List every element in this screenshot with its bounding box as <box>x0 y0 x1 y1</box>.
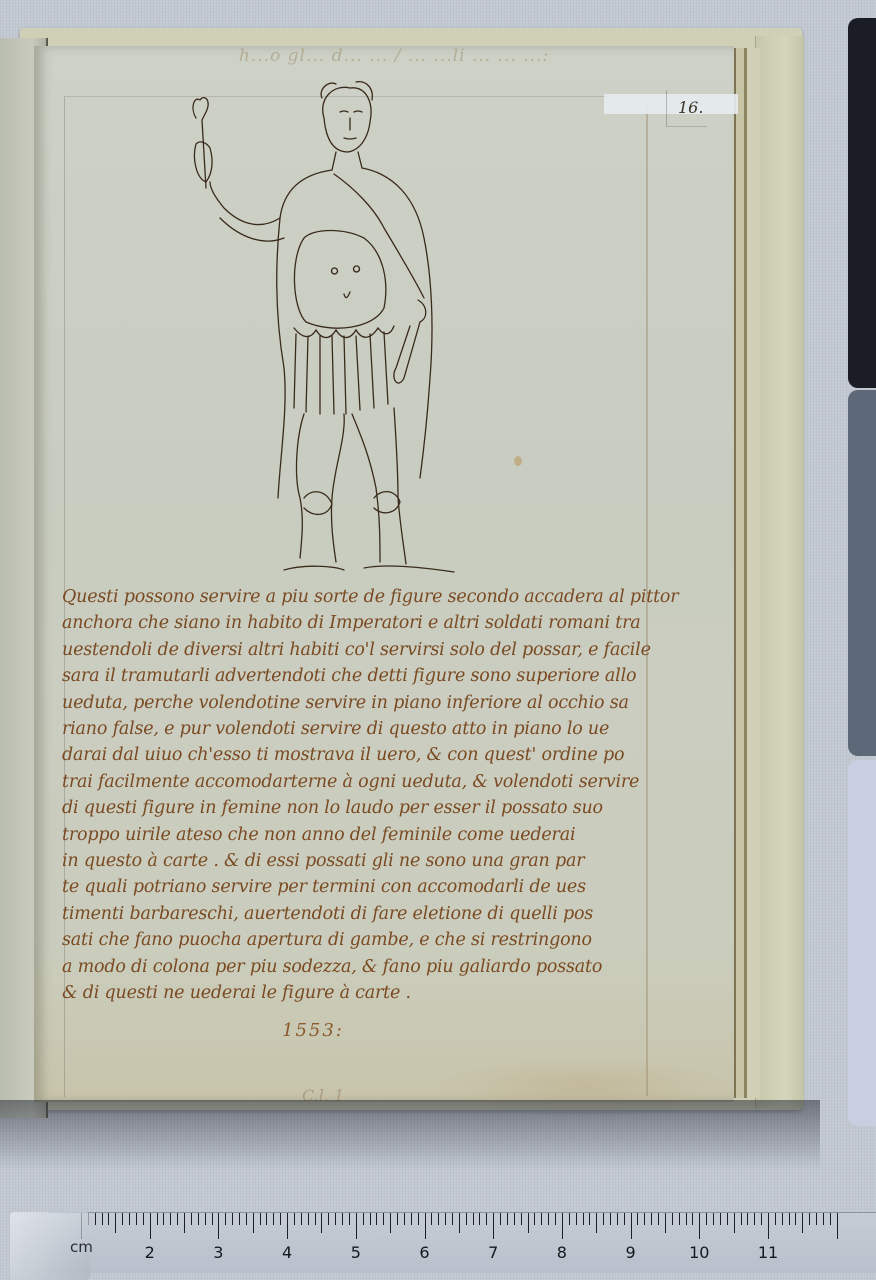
ruler-tick <box>741 1213 742 1225</box>
ruler-tick <box>727 1213 728 1225</box>
text-line: trai facilmente accomodarterne à ogni ue… <box>62 769 702 795</box>
color-chip-black <box>848 18 876 388</box>
ruler-tick <box>404 1213 405 1225</box>
ruler-label: 3 <box>213 1243 223 1262</box>
ruler-tick <box>589 1213 590 1225</box>
ruler-tick <box>534 1213 535 1225</box>
ruler-tick <box>411 1213 412 1225</box>
ruler-label: 6 <box>419 1243 429 1262</box>
ruler-tick <box>500 1213 501 1225</box>
ruler-tick <box>163 1213 164 1225</box>
ruler-tick <box>837 1213 838 1239</box>
ruler-tick <box>596 1213 597 1233</box>
manuscript-text: Questi possono servire a piu sorte de fi… <box>62 584 702 1007</box>
color-chip-dark-gray <box>848 390 876 756</box>
ruler-tick <box>617 1213 618 1225</box>
ruler-label: 2 <box>145 1243 155 1262</box>
ruler-tick <box>383 1213 384 1225</box>
ruler-label: 8 <box>557 1243 567 1262</box>
ruler-tick <box>823 1213 824 1225</box>
ruler-tick <box>699 1213 700 1239</box>
ruler-tick <box>315 1213 316 1225</box>
ruler-tick <box>143 1213 144 1225</box>
ruler-tick <box>184 1213 185 1233</box>
text-line: a modo di colona per piu sodezza, & fano… <box>62 954 702 980</box>
ruler-tick <box>775 1213 776 1225</box>
ruler-tick <box>301 1213 302 1225</box>
ruler-label: 5 <box>351 1243 361 1262</box>
ruler-tick <box>445 1213 446 1225</box>
ruler-tick <box>452 1213 453 1225</box>
ruler-tick <box>754 1213 755 1225</box>
ruler-tick <box>528 1213 529 1233</box>
ruler-tick <box>782 1213 783 1225</box>
ruler-tick <box>672 1213 673 1225</box>
ruler-tick <box>122 1213 123 1225</box>
ruler-tick <box>644 1213 645 1225</box>
ruler-tick <box>651 1213 652 1225</box>
ruler-label: 4 <box>282 1243 292 1262</box>
ruler-tick <box>665 1213 666 1233</box>
ruler-tick <box>239 1213 240 1225</box>
ruler-tick <box>225 1213 226 1225</box>
ruler-tick <box>376 1213 377 1225</box>
ruler-tick <box>610 1213 611 1225</box>
ruler-tick <box>232 1213 233 1225</box>
book-shadow <box>0 1100 820 1170</box>
ruler-tick <box>562 1213 563 1239</box>
ruler-tick <box>747 1213 748 1225</box>
ruler-tick <box>789 1213 790 1225</box>
ruler-tick <box>342 1213 343 1225</box>
ruler-tick <box>157 1213 158 1225</box>
ruler-tick <box>624 1213 625 1225</box>
text-line: in questo à carte . & di essi possati gl… <box>62 848 702 874</box>
text-line: sati che fano puocha apertura di gambe, … <box>62 927 702 953</box>
ruler-tick <box>335 1213 336 1225</box>
ruler-tick <box>795 1213 796 1225</box>
text-line: darai dal uiuo ch'esso ti mostrava il ue… <box>62 742 702 768</box>
text-line: uestendoli de diversi altri habiti co'l … <box>62 637 702 663</box>
scale-ruler: 234567891011 <box>48 1212 876 1273</box>
text-line: Questi possono servire a piu sorte de fi… <box>62 584 702 610</box>
text-line: anchora che siano in habito di Imperator… <box>62 610 702 636</box>
ruler-tick <box>631 1213 632 1239</box>
ruler-tick <box>816 1213 817 1225</box>
foxing-spot <box>514 456 522 466</box>
ruler-tick <box>321 1213 322 1233</box>
ruler-label: 7 <box>488 1243 498 1262</box>
ruler-tick <box>294 1213 295 1225</box>
ruler-tick <box>720 1213 721 1225</box>
text-line: te quali potriano servire per termini co… <box>62 874 702 900</box>
ruler-tick <box>212 1213 213 1225</box>
ruler-tick <box>768 1213 769 1239</box>
ruler-tick <box>253 1213 254 1233</box>
text-line: & di questi ne uederai le figure à carte… <box>62 980 702 1006</box>
ruler-tick <box>431 1213 432 1225</box>
ruler-tick <box>170 1213 171 1225</box>
ruler-tick <box>205 1213 206 1225</box>
ruler-tick <box>809 1213 810 1225</box>
ruler-tick <box>136 1213 137 1225</box>
folio-number: 16. <box>678 98 703 117</box>
ruler-tick <box>541 1213 542 1225</box>
ruler-tick <box>425 1213 426 1239</box>
manuscript-page: h...o gl... d... ... / ... ...li ... ...… <box>34 46 734 1102</box>
ruler-tick <box>734 1213 735 1233</box>
ruler-tick <box>287 1213 288 1239</box>
ruler-tick <box>349 1213 350 1225</box>
ruler-tick <box>493 1213 494 1239</box>
ruler-tick <box>603 1213 604 1225</box>
ruler-tick <box>280 1213 281 1225</box>
ruler-tick <box>246 1213 247 1225</box>
ruler-tick <box>177 1213 178 1225</box>
ruler-tick <box>273 1213 274 1225</box>
ruler-tick <box>713 1213 714 1225</box>
ruler-tick <box>363 1213 364 1225</box>
color-chip-light-gray <box>848 760 876 1126</box>
ruler-tick <box>356 1213 357 1239</box>
ruler-tick <box>198 1213 199 1225</box>
ruler-tick <box>459 1213 460 1233</box>
ruler-tick <box>692 1213 693 1225</box>
ruler-tick <box>802 1213 803 1233</box>
ruler-unit-label: cm <box>70 1238 93 1256</box>
ruler-label: 9 <box>626 1243 636 1262</box>
ruler-tick <box>95 1213 96 1225</box>
roman-figure-drawing <box>184 78 484 578</box>
ruler-tick <box>706 1213 707 1225</box>
ruler-tick <box>418 1213 419 1225</box>
ruler-label: 11 <box>758 1243 778 1262</box>
ruler-tick <box>576 1213 577 1225</box>
ruler-tick <box>397 1213 398 1225</box>
ruler-tick <box>761 1213 762 1225</box>
ruler-tick <box>266 1213 267 1225</box>
ruler-tick <box>438 1213 439 1225</box>
text-line: sara il tramutarli advertendoti che dett… <box>62 663 702 689</box>
ruler-tick <box>328 1213 329 1225</box>
ruler-tick <box>548 1213 549 1225</box>
text-line: di questi figure in femine non lo laudo … <box>62 795 702 821</box>
ruler-label: 10 <box>689 1243 709 1262</box>
ruler-tick <box>479 1213 480 1225</box>
ruler-tick <box>679 1213 680 1225</box>
date-inscription: 1553: <box>282 1020 344 1041</box>
ruler-tick <box>218 1213 219 1239</box>
ruler-tick <box>260 1213 261 1225</box>
text-line: ueduta, perche volendotine servire in pi… <box>62 690 702 716</box>
ruler-tick <box>115 1213 116 1233</box>
ruler-tick <box>486 1213 487 1225</box>
ruler-tick <box>150 1213 151 1239</box>
ruler-tick <box>108 1213 109 1225</box>
ruler-tick <box>102 1213 103 1225</box>
ruler-tick <box>555 1213 556 1225</box>
text-line: riano false, e pur volendoti servire di … <box>62 716 702 742</box>
ruler-tick <box>658 1213 659 1225</box>
ruler-tick <box>569 1213 570 1225</box>
ruler-tick <box>514 1213 515 1225</box>
ruler-tick <box>473 1213 474 1225</box>
ruler-tick <box>583 1213 584 1225</box>
text-line: troppo uirile ateso che non anno del fem… <box>62 822 702 848</box>
ruler-tick <box>830 1213 831 1225</box>
ruler-tick <box>129 1213 130 1225</box>
text-line: timenti barbareschi, auertendoti di fare… <box>62 901 702 927</box>
ruler-tick <box>308 1213 309 1225</box>
ruler-tick <box>191 1213 192 1225</box>
ruler-tick <box>466 1213 467 1225</box>
ruler-tick <box>686 1213 687 1225</box>
ruler-tick <box>521 1213 522 1225</box>
cover-flap <box>755 36 804 1108</box>
ruler-tick <box>370 1213 371 1225</box>
ruler-tick <box>507 1213 508 1225</box>
ruler-tick <box>637 1213 638 1225</box>
ruler-tick <box>390 1213 391 1233</box>
